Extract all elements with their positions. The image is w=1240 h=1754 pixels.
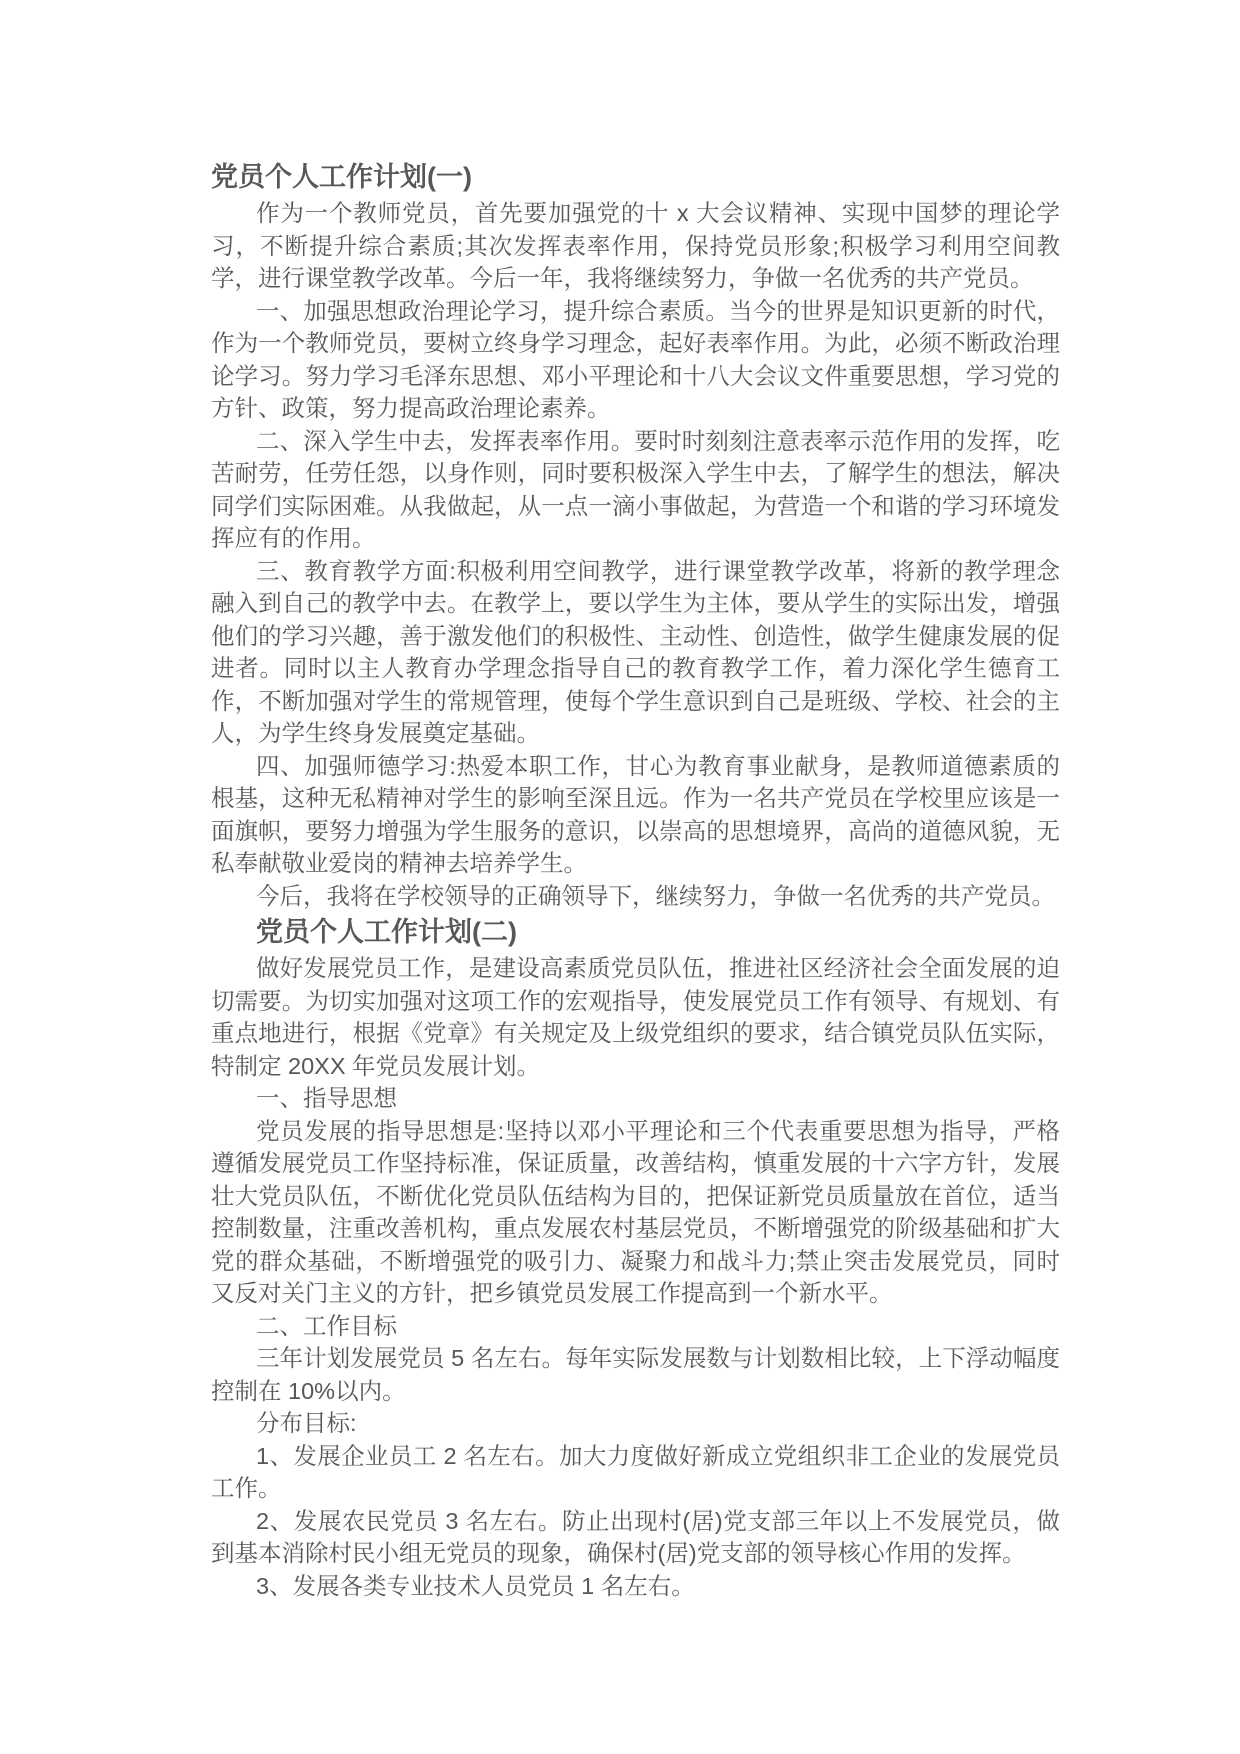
document-body: 党员个人工作计划(一)作为一个教师党员，首先要加强党的十 x 大会议精神、实现中… bbox=[211, 157, 1060, 1602]
paragraph: 做好发展党员工作，是建设高素质党员队伍，推进社区经济社会全面发展的迫切需要。为切… bbox=[211, 952, 1060, 1082]
paragraph: 2、发展农民党员 3 名左右。防止出现村(居)党支部三年以上不发展党员，做到基本… bbox=[211, 1505, 1060, 1570]
paragraph: 一、加强思想政治理论学习，提升综合素质。当今的世界是知识更新的时代，作为一个教师… bbox=[211, 295, 1060, 425]
section-heading: 党员个人工作计划(一) bbox=[211, 157, 1060, 197]
paragraph: 作为一个教师党员，首先要加强党的十 x 大会议精神、实现中国梦的理论学习，不断提… bbox=[211, 197, 1060, 295]
paragraph: 3、发展各类专业技术人员党员 1 名左右。 bbox=[211, 1570, 1060, 1603]
paragraph: 二、工作目标 bbox=[211, 1310, 1060, 1343]
paragraph: 分布目标: bbox=[211, 1407, 1060, 1440]
paragraph: 党员发展的指导思想是:坚持以邓小平理论和三个代表重要思想为指导，严格遵循发展党员… bbox=[211, 1115, 1060, 1310]
paragraph: 今后，我将在学校领导的正确领导下，继续努力，争做一名优秀的共产党员。 bbox=[211, 880, 1060, 913]
paragraph: 四、加强师德学习:热爱本职工作，甘心为教育事业献身，是教师道德素质的根基，这种无… bbox=[211, 750, 1060, 880]
paragraph: 1、发展企业员工 2 名左右。加大力度做好新成立党组织非工企业的发展党员工作。 bbox=[211, 1440, 1060, 1505]
paragraph: 三、教育教学方面:积极利用空间教学，进行课堂教学改革，将新的教学理念融入到自己的… bbox=[211, 555, 1060, 750]
section-heading: 党员个人工作计划(二) bbox=[211, 912, 1060, 952]
paragraph: 三年计划发展党员 5 名左右。每年实际发展数与计划数相比较，上下浮动幅度控制在 … bbox=[211, 1342, 1060, 1407]
paragraph: 一、指导思想 bbox=[211, 1082, 1060, 1115]
paragraph: 二、深入学生中去，发挥表率作用。要时时刻刻注意表率示范作用的发挥，吃苦耐劳，任劳… bbox=[211, 425, 1060, 555]
document-page: 党员个人工作计划(一)作为一个教师党员，首先要加强党的十 x 大会议精神、实现中… bbox=[0, 0, 1240, 1754]
